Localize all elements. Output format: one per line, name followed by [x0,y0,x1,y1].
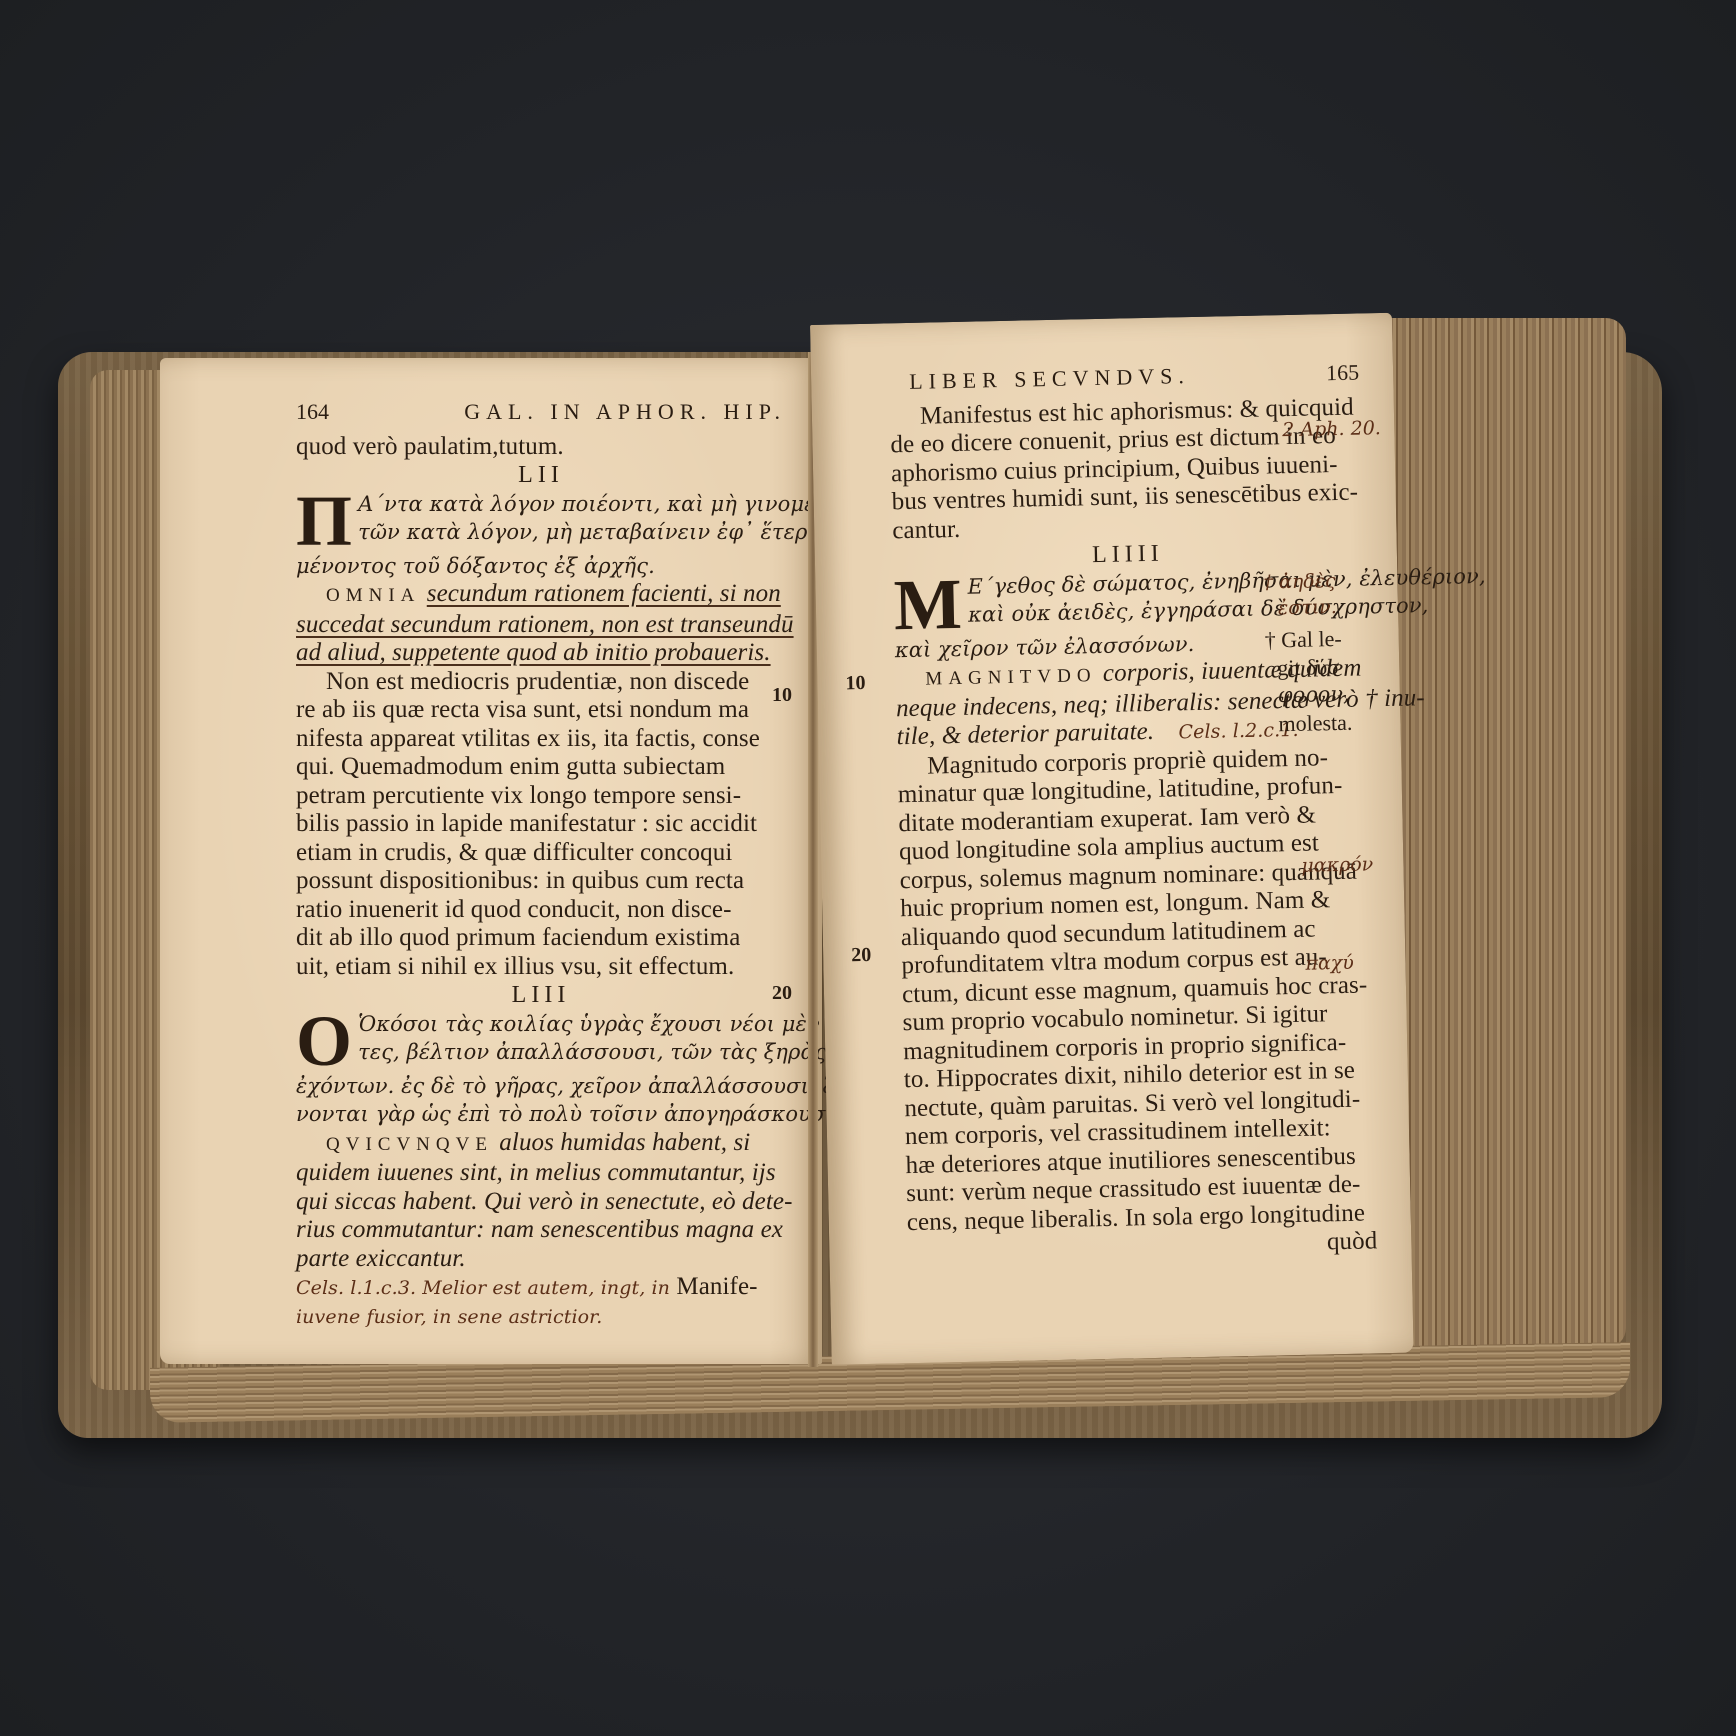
manuscript-note: παχύ [1305,952,1354,975]
right-page: LIBER SECVNDVS. 165 Manifestus est hic a… [810,313,1414,1365]
text-line: re ab iis quæ recta visa sunt, etsi nond… [296,696,786,725]
manuscript-note: ἐστιν. [1278,596,1337,619]
greek-line: τῶν κατὰ λόγον, μὴ μεταβαίνειν ἐφ᾽ ἕτερο… [358,518,858,547]
latin-translation-line: OMNIA secundum rationem facienti, si non [296,580,786,611]
greek-line: τες, βέλτιον ἀπαλλάσσουσι, τῶν τὰς ξηρὰς [358,1038,859,1067]
text-line: dit ab illo quod primum faciendum existi… [296,924,786,953]
manuscript-note: 2 Aph. 20. [1282,417,1381,441]
margin-note: φορον, [1278,682,1350,707]
aphorism-number: LII [296,461,786,490]
left-folio: 164 [296,398,329,427]
manuscript-note: † ἀηδὲς [1263,570,1335,594]
line-number-margin: 20 [772,982,792,1005]
line-number-margin: 20 [851,944,871,967]
text-line: Non est mediocris prudentiæ, non discede [296,668,786,697]
line-number-margin: 10 [845,672,865,695]
drop-cap: Ο [296,1010,352,1072]
italic-text: aluos humidas habent, si [499,1129,750,1156]
left-running-head: 164 GAL. IN APHOR. HIP. [296,398,786,427]
right-running-head: LIBER SECVNDVS. 165 [889,359,1359,397]
underlined-text: ad aliud, suppetente quod ab initio prob… [296,639,786,668]
lead-word: QVICVNQVE [326,1134,493,1155]
right-folio: 165 [1326,359,1360,388]
underlined-text: secundum rationem facienti, si non [427,580,781,607]
right-page-text: LIBER SECVNDVS. 165 Manifestus est hic a… [889,359,1378,1266]
italic-text: rius commutantur: nam senescentibus magn… [296,1216,786,1245]
italic-text: quidem iuuenes sint, in melius commutant… [296,1159,786,1188]
greek-line: Α΄ντα κατὰ λόγον ποιέοντι, καὶ μὴ γινομέ… [358,490,858,519]
text-line: petram percutiente vix longo tempore sen… [296,782,786,811]
left-running-title: GAL. IN APHOR. HIP. [464,398,786,427]
manuscript-note: Cels. l.1.c.3. Melior est autem, ingt, i… [296,1277,670,1299]
left-page: 164 GAL. IN APHOR. HIP. quod verò paulat… [160,358,822,1364]
margin-note: molesta. [1278,710,1352,738]
line-number-margin: 10 [772,684,792,707]
text-line: ratio inuenerit id quod conducit, non di… [296,896,786,925]
text-line: etiam in crudis, & quæ difficulter conco… [296,839,786,868]
drop-cap: Π [296,490,352,552]
greek-line: Ὁκόσοι τὰς κοιλίας ὑγρὰς ἔχουσι νέοι μὲν… [358,1010,859,1039]
text-line: bilis passio in lapide manifestatur : si… [296,810,786,839]
lead-word: MAGNITVDO [925,665,1097,690]
margin-note: git δύσ [1277,654,1339,681]
greek-line: ἐχόντων. ἐς δὲ τὸ γῆρας, χεῖρον ἀπαλλάσσ… [296,1072,786,1101]
greek-line: νονται γὰρ ὡς ἐπὶ τὸ πολὺ τοῖσιν ἀπογηρά… [296,1100,786,1129]
greek-aphorism: Ο Ὁκόσοι τὰς κοιλίας ὑγρὰς ἔχουσι νέοι μ… [296,1010,786,1072]
text-line: quod verò paulatim,tutum. [296,433,786,462]
manuscript-note: μακρόν [1301,853,1373,876]
text-line: possunt dispositionibus: in quibus cum r… [296,867,786,896]
aphorism-number: LIII [296,981,786,1010]
text-line: qui. Quemadmodum enim gutta subiectam [296,753,786,782]
catchword: Manife- [676,1273,757,1300]
lead-word: OMNIA [326,585,420,606]
manuscript-note-with-catchword: Cels. l.1.c.3. Melior est autem, ingt, i… [296,1273,786,1303]
drop-cap: Μ [893,572,962,635]
left-page-text: 164 GAL. IN APHOR. HIP. quod verò paulat… [296,398,786,1331]
italic-text: parte exiccantur. [296,1245,786,1274]
text-line: uit, etiam si nihil ex illius vsu, sit e… [296,953,786,982]
latin-translation-line: QVICVNQVE aluos humidas habent, si [296,1129,786,1160]
italic-text: tile, & deterior paruitate. [896,718,1154,750]
greek-aphorism: Π Α΄ντα κατὰ λόγον ποιέοντι, καὶ μὴ γινο… [296,490,786,552]
right-page-edges [1376,318,1626,1348]
manuscript-note: iuvene fusior, in sene astrictior. [296,1303,786,1332]
greek-line: μένοντος τοῦ δόξαντος ἐξ ἀρχῆς. [296,552,786,581]
italic-text: qui siccas habent. Qui verò in senectute… [296,1188,786,1217]
underlined-text: succedat secundum rationem, non est tran… [296,611,786,640]
margin-note: † Gal le- [1264,626,1341,654]
open-book: 164 GAL. IN APHOR. HIP. quod verò paulat… [0,0,1736,1736]
right-running-title: LIBER SECVNDVS. [889,362,1190,397]
text-line: nifesta appareat vtilitas ex iis, ita fa… [296,725,786,754]
